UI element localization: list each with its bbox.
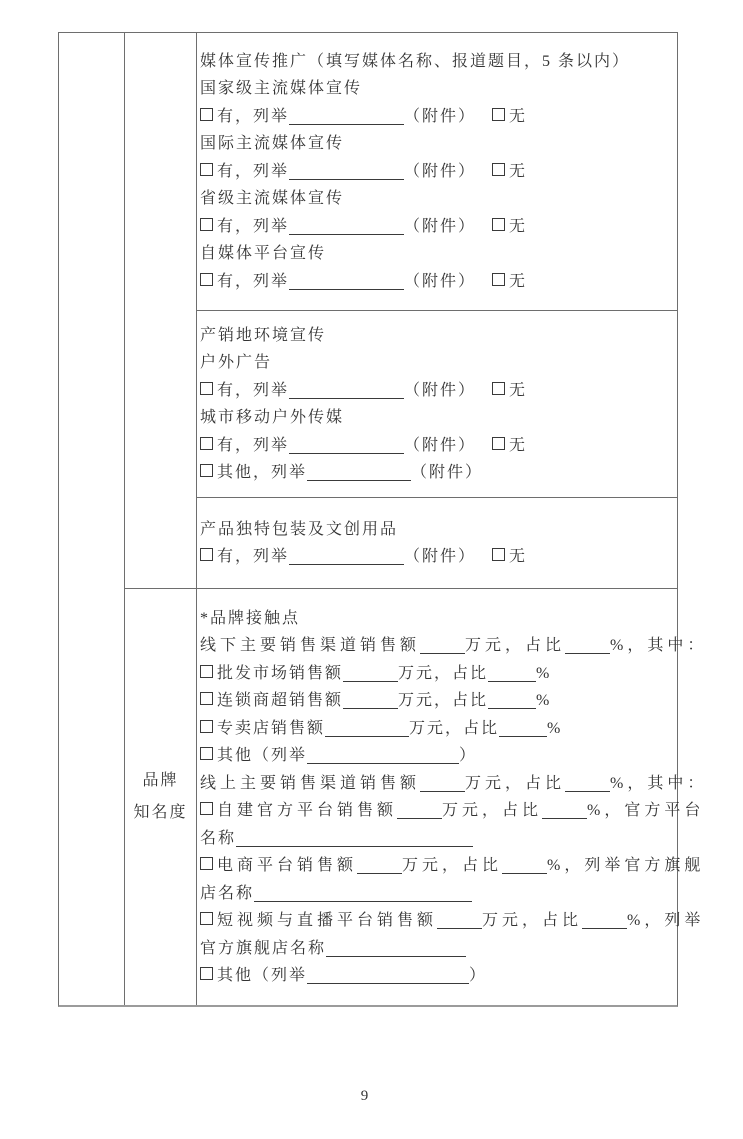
text-run: （附件） (404, 382, 476, 399)
blank-underline (307, 983, 469, 984)
checkbox-icon (200, 802, 213, 815)
checkbox-icon (200, 548, 213, 561)
text-run: （附件） (404, 163, 476, 180)
table-cell-media-promotion: 媒体宣传推广（填写媒体名称、报道题目，5 条以内）国家级主流媒体宣传有，列举（附… (197, 33, 677, 311)
form-line: 城市移动户外传媒 (200, 404, 675, 432)
blank-underline (499, 736, 547, 737)
text-run: 连锁商超销售额 (217, 692, 343, 709)
table-cell-category-empty (59, 33, 125, 1005)
checkbox-icon (200, 108, 213, 121)
text-run: 有，列举 (217, 382, 289, 399)
text-run: （附件） (404, 108, 476, 125)
blank-underline (582, 928, 627, 929)
blank-underline (420, 653, 465, 654)
blank-underline (289, 124, 404, 125)
table-cell-subcategory-empty (125, 33, 197, 589)
checkbox-icon (200, 218, 213, 231)
form-line: 国际主流媒体宣传 (200, 130, 675, 158)
form-line: 产销地环境宣传 (200, 322, 675, 350)
checkbox-icon (200, 967, 213, 980)
blank-underline (343, 681, 398, 682)
text-run: 自建官方平台销售额 (217, 802, 397, 819)
form-line: 有，列举（附件）无 (200, 158, 675, 186)
text-run: 有，列举 (217, 437, 289, 454)
form-line: 其他（列举） (200, 742, 675, 770)
document-page: 品牌 知名度 媒体宣传推广（填写媒体名称、报道题目，5 条以内）国家级主流媒体宣… (0, 0, 743, 1139)
checkbox-icon (200, 464, 213, 477)
text-run: ） (469, 967, 487, 984)
form-line: 自建官方平台销售额万元，占比%，官方平台 (200, 797, 675, 825)
text-run: % (547, 720, 562, 737)
text-run: （附件） (404, 273, 476, 290)
form-line: 店名称 (200, 880, 675, 908)
checkbox-icon (492, 548, 505, 561)
form-line: 户外广告 (200, 349, 675, 377)
blank-underline (488, 708, 536, 709)
form-line: 其他（列举） (200, 962, 675, 990)
text-run: 媒体宣传推广（填写媒体名称、报道题目，5 条以内） (200, 53, 630, 70)
blank-underline (488, 681, 536, 682)
text-run: %，列举官方旗舰 (547, 857, 704, 874)
text-run: 有，列举 (217, 548, 289, 565)
text-run: 无 (509, 382, 527, 399)
checkbox-icon (200, 720, 213, 733)
text-run: 自媒体平台宣传 (200, 245, 326, 262)
text-run: 无 (509, 163, 527, 180)
text-run: %，其中： (610, 637, 707, 654)
form-line: 短视频与直播平台销售额万元，占比%，列举 (200, 907, 675, 935)
text-run: 万元，占比 (482, 912, 582, 929)
blank-underline (289, 564, 404, 565)
text-run: 产销地环境宣传 (200, 327, 326, 344)
checkbox-icon (492, 437, 505, 450)
brand-awareness-label-line2: 知名度 (133, 797, 187, 829)
checkbox-icon (492, 108, 505, 121)
form-line: 专卖店销售额万元，占比% (200, 715, 675, 743)
blank-underline (357, 873, 402, 874)
text-run: 无 (509, 437, 527, 454)
text-run: 其他（列举 (217, 747, 307, 764)
checkbox-icon (200, 857, 213, 870)
text-run: %，其中： (610, 775, 707, 792)
blank-underline (397, 818, 442, 819)
text-run: 线下主要销售渠道销售额 (200, 637, 420, 654)
text-run: 产品独特包装及文创用品 (200, 521, 398, 538)
form-line: 连锁商超销售额万元，占比% (200, 687, 675, 715)
text-run: （附件） (411, 464, 483, 481)
text-run: 有，列举 (217, 163, 289, 180)
table-cell-environment-promotion: 产销地环境宣传户外广告有，列举（附件）无城市移动户外传媒有，列举（附件）无其他，… (197, 311, 677, 498)
text-run: 万元，占比 (442, 802, 542, 819)
table-cell-brand-touchpoints: *品牌接触点线下主要销售渠道销售额万元，占比%，其中：批发市场销售额万元，占比%… (197, 589, 677, 1005)
form-line: 省级主流媒体宣传 (200, 185, 675, 213)
form-line: 有，列举（附件）无 (200, 377, 675, 405)
form-line: 线上主要销售渠道销售额万元，占比%，其中： (200, 770, 675, 798)
text-run: 电商平台销售额 (217, 857, 357, 874)
text-run: % (536, 665, 551, 682)
text-run: ） (459, 747, 477, 764)
blank-underline (307, 480, 411, 481)
text-run: 其他（列举 (217, 967, 307, 984)
brand-awareness-label-line1: 品牌 (142, 765, 178, 797)
checkbox-icon (492, 218, 505, 231)
table-cell-packaging: 产品独特包装及文创用品有，列举（附件）无 (197, 498, 677, 589)
blank-underline (420, 791, 465, 792)
text-run: %，列举 (627, 912, 704, 929)
text-run: % (536, 692, 551, 709)
blank-underline (326, 956, 466, 957)
checkbox-icon (492, 382, 505, 395)
form-line: 有，列举（附件）无 (200, 268, 675, 296)
checkbox-icon (492, 273, 505, 286)
blank-underline (289, 234, 404, 235)
form-line: 自媒体平台宣传 (200, 240, 675, 268)
blank-underline (254, 901, 472, 902)
checkbox-icon (200, 382, 213, 395)
form-line: 线下主要销售渠道销售额万元，占比%，其中： (200, 632, 675, 660)
text-run: *品牌接触点 (200, 610, 300, 627)
checkbox-icon (200, 665, 213, 678)
blank-underline (289, 289, 404, 290)
blank-underline (542, 818, 587, 819)
text-run: 万元，占比 (398, 692, 488, 709)
blank-underline (343, 708, 398, 709)
blank-underline (289, 453, 404, 454)
form-line: *品牌接触点 (200, 605, 675, 633)
text-run: 批发市场销售额 (217, 665, 343, 682)
checkbox-icon (492, 163, 505, 176)
text-run: （附件） (404, 218, 476, 235)
blank-underline (236, 846, 473, 847)
form-line: 电商平台销售额万元，占比%，列举官方旗舰 (200, 852, 675, 880)
form-line: 名称 (200, 825, 675, 853)
text-run: 其他，列举 (217, 464, 307, 481)
blank-underline (307, 763, 459, 764)
checkbox-icon (200, 692, 213, 705)
text-run: 户外广告 (200, 354, 272, 371)
blank-underline (502, 873, 547, 874)
text-run: 无 (509, 108, 527, 125)
table-cell-brand-awareness-label: 品牌 知名度 (125, 589, 197, 1005)
text-run: 省级主流媒体宣传 (200, 190, 344, 207)
text-run: 有，列举 (217, 108, 289, 125)
form-line: 国家级主流媒体宣传 (200, 75, 675, 103)
text-run: 国家级主流媒体宣传 (200, 80, 362, 97)
text-run: （附件） (404, 437, 476, 454)
checkbox-icon (200, 912, 213, 925)
text-run: 城市移动户外传媒 (200, 409, 344, 426)
text-run: 无 (509, 273, 527, 290)
text-run: 万元，占比 (465, 775, 565, 792)
text-run: 有，列举 (217, 218, 289, 235)
form-line: 有，列举（附件）无 (200, 432, 675, 460)
checkbox-icon (200, 437, 213, 450)
blank-underline (325, 736, 409, 737)
text-run: 有，列举 (217, 273, 289, 290)
form-line: 有，列举（附件）无 (200, 213, 675, 241)
blank-underline (565, 791, 610, 792)
text-run: 官方旗舰店名称 (200, 940, 326, 957)
form-line: 媒体宣传推广（填写媒体名称、报道题目，5 条以内） (200, 48, 675, 76)
blank-underline (289, 179, 404, 180)
form-line: 其他，列举（附件） (200, 459, 675, 487)
blank-underline (437, 928, 482, 929)
text-run: 无 (509, 218, 527, 235)
text-run: 万元，占比 (402, 857, 502, 874)
text-run: 线上主要销售渠道销售额 (200, 775, 420, 792)
form-line: 官方旗舰店名称 (200, 935, 675, 963)
text-run: 短视频与直播平台销售额 (217, 912, 437, 929)
text-run: 无 (509, 548, 527, 565)
checkbox-icon (200, 273, 213, 286)
text-run: 店名称 (200, 885, 254, 902)
text-run: 名称 (200, 830, 236, 847)
text-run: 万元，占比 (465, 637, 565, 654)
text-run: 万元，占比 (398, 665, 488, 682)
text-run: %，官方平台 (587, 802, 704, 819)
text-run: 国际主流媒体宣传 (200, 135, 344, 152)
checkbox-icon (200, 747, 213, 760)
text-run: （附件） (404, 548, 476, 565)
text-run: 万元，占比 (409, 720, 499, 737)
form-line: 有，列举（附件）无 (200, 103, 675, 131)
form-line: 有，列举（附件）无 (200, 543, 675, 571)
text-run: 专卖店销售额 (217, 720, 325, 737)
form-table: 品牌 知名度 媒体宣传推广（填写媒体名称、报道题目，5 条以内）国家级主流媒体宣… (58, 32, 678, 1007)
blank-underline (289, 398, 404, 399)
form-line: 批发市场销售额万元，占比% (200, 660, 675, 688)
blank-underline (565, 653, 610, 654)
page-number: 9 (0, 1088, 729, 1105)
form-line: 产品独特包装及文创用品 (200, 516, 675, 544)
checkbox-icon (200, 163, 213, 176)
